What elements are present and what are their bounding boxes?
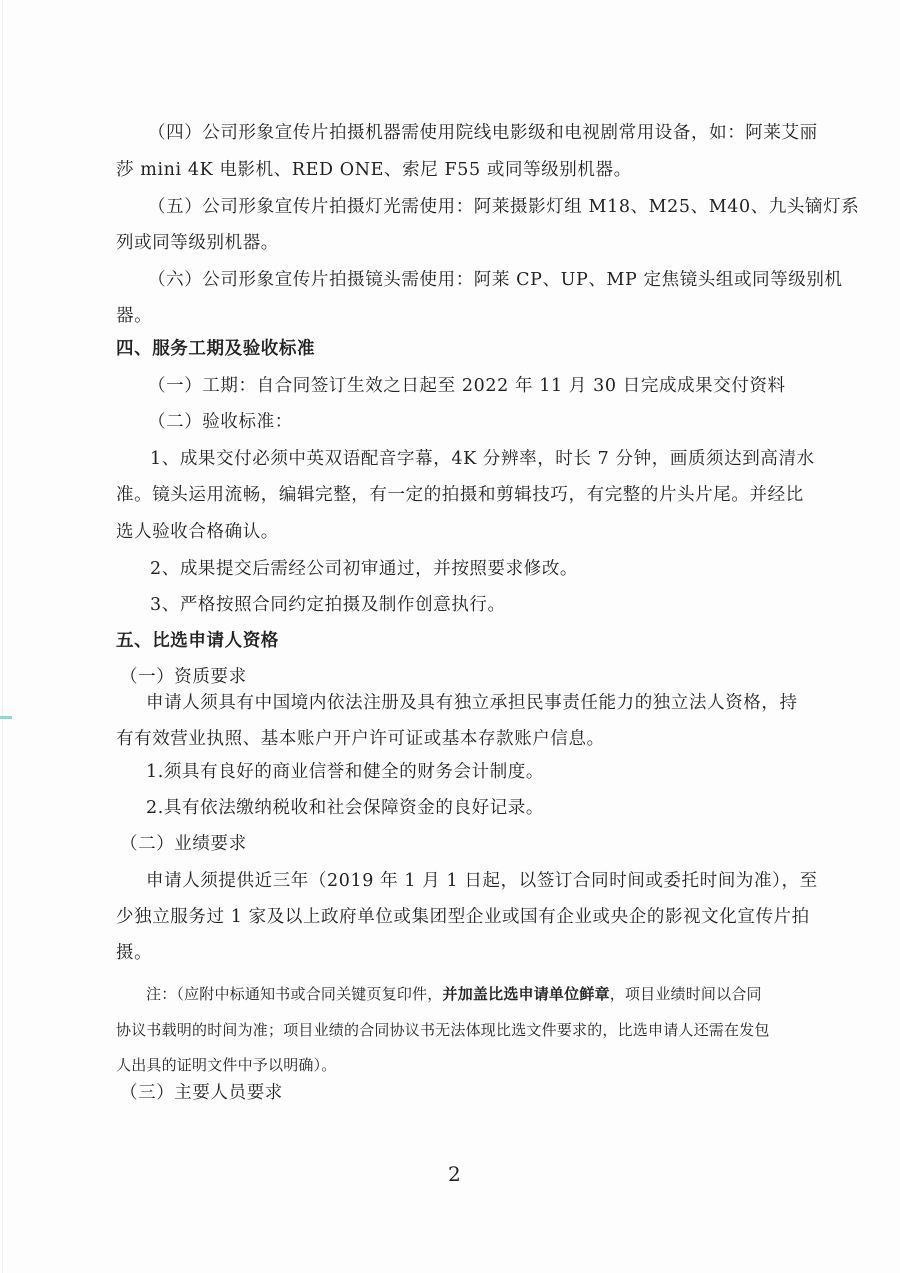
acceptance-item2: 2、成果提交后需经公司初审通过，并按照要求修改。	[150, 557, 850, 581]
qualification-line2: 有有效营业执照、基本账户开户许可证或基本存款账户信息。	[116, 727, 816, 751]
para-four-line2: 莎 mini 4K 电影机、RED ONE、索尼 F55 或同等级别机器。	[116, 158, 816, 182]
para-five-line2: 列或同等级别机器。	[116, 231, 816, 255]
note-line3: 人出具的证明文件中予以明确）。	[116, 1053, 816, 1077]
staff-label: （三）主要人员要求	[120, 1081, 820, 1105]
performance-line3: 摄。	[116, 941, 816, 965]
page-number: 2	[448, 1162, 461, 1186]
scan-mark	[0, 716, 12, 719]
qualification-label: （一）资质要求	[120, 665, 820, 689]
note-suffix: ，项目业绩时间以合同	[610, 985, 762, 1003]
para-five-line1: （五）公司形象宣传片拍摄灯光需使用：阿莱摄影灯组 M18、M25、M40、九头镝…	[148, 195, 848, 219]
performance-line2: 少独立服务过 1 家及以上政府单位或集团型企业或国有企业或央企的影视文化宣传片拍	[116, 905, 816, 929]
acceptance-label: （二）验收标准：	[148, 410, 848, 434]
document-page: （四）公司形象宣传片拍摄机器需使用院线电影级和电视剧常用设备，如：阿莱艾丽 莎 …	[0, 0, 900, 1273]
section-four-heading: 四、服务工期及验收标准	[116, 337, 816, 361]
scan-edge	[2, 0, 3, 1273]
para-six-line2: 器。	[116, 304, 816, 328]
note-bold: 并加盖比选申请单位鲜章	[443, 985, 610, 1003]
para-six-line1: （六）公司形象宣传片拍摄镜头需使用：阿莱 CP、UP、MP 定焦镜头组或同等级别…	[148, 268, 848, 292]
acceptance-item1-line2: 准。镜头运用流畅，编辑完整，有一定的拍摄和剪辑技巧，有完整的片头片尾。并经比	[116, 483, 816, 507]
acceptance-item3: 3、严格按照合同约定拍摄及制作创意执行。	[150, 593, 850, 617]
section-five-heading: 五、比选申请人资格	[116, 629, 816, 653]
acceptance-item1-line1: 1、成果交付必须中英双语配音字幕，4K 分辨率，时长 7 分钟，画质须达到高清水	[150, 447, 850, 471]
qualification-item1: 1.须具有良好的商业信誉和健全的财务会计制度。	[146, 760, 846, 784]
note-prefix: 注：（应附中标通知书或合同关键页复印件，	[146, 985, 443, 1003]
performance-line1: 申请人须提供近三年（2019 年 1 月 1 日起，以签订合同时间或委托时间为准…	[146, 869, 846, 893]
para-four-line1: （四）公司形象宣传片拍摄机器需使用院线电影级和电视剧常用设备，如：阿莱艾丽	[148, 121, 848, 145]
note-line1: 注：（应附中标通知书或合同关键页复印件，并加盖比选申请单位鲜章，项目业绩时间以合…	[146, 982, 846, 1006]
acceptance-item1-line3: 选人验收合格确认。	[116, 520, 816, 544]
period-text: （一）工期：自合同签订生效之日起至 2022 年 11 月 30 日完成成果交付…	[148, 374, 848, 398]
performance-label: （二）业绩要求	[120, 832, 820, 856]
qualification-line1: 申请人须具有中国境内依法注册及具有独立承担民事责任能力的独立法人资格，持	[146, 691, 846, 715]
qualification-item2: 2.具有依法缴纳税收和社会保障资金的良好记录。	[146, 796, 846, 820]
note-line2: 协议书载明的时间为准；项目业绩的合同协议书无法体现比选文件要求的，比选申请人还需…	[116, 1018, 816, 1042]
